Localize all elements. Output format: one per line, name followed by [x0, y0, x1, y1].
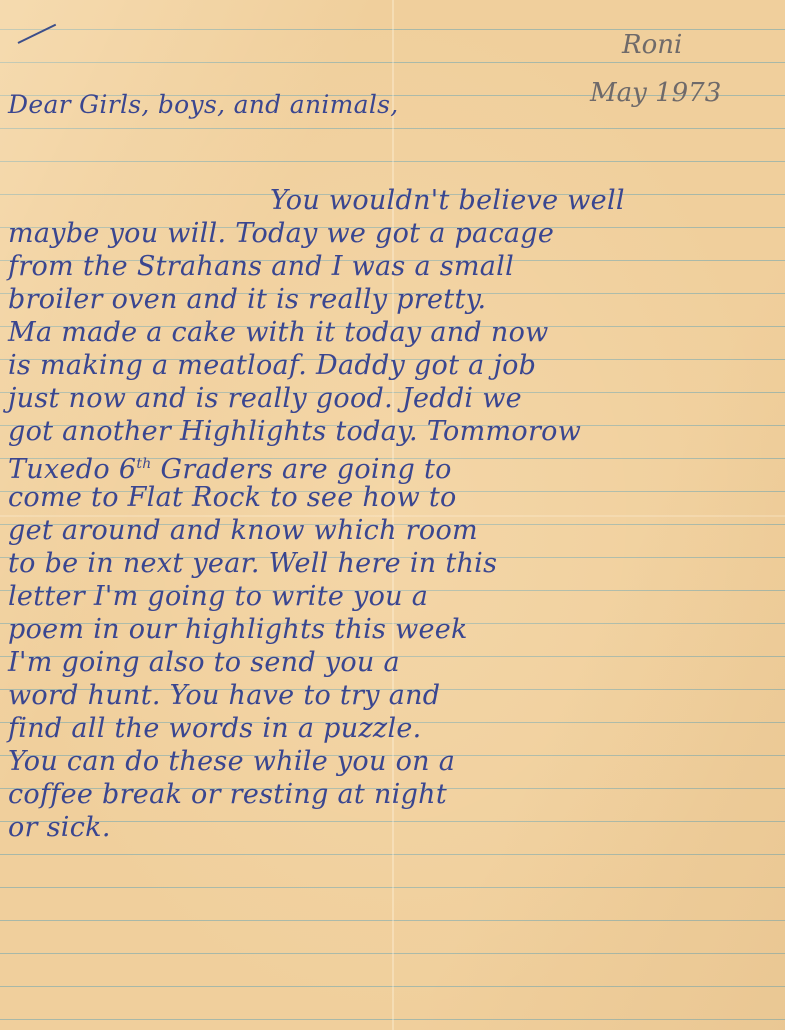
body-line: broiler oven and it is really pretty. — [0, 283, 785, 316]
body-line: come to Flat Rock to see how to — [0, 481, 785, 514]
author-note: Roni — [622, 30, 682, 60]
ordinal-suffix: th — [136, 456, 151, 472]
body-line: get around and know which room — [0, 514, 785, 547]
body-line: to be in next year. Well here in this — [0, 547, 785, 580]
body-line: maybe you will. Today we got a pacage — [0, 217, 785, 250]
body-line: Ma made a cake with it today and now — [0, 316, 785, 349]
body-line: from the Strahans and I was a small — [0, 250, 785, 283]
salutation: Dear Girls, boys, and animals, — [8, 88, 785, 121]
body-line: find all the words in a puzzle. — [0, 712, 785, 745]
body-line: Tuxedo 6th Graders are going to — [0, 448, 785, 481]
body-line: just now and is really good. Jeddi we — [0, 382, 785, 415]
body-line: You wouldn't believe well — [0, 184, 785, 217]
pen-stroke-mark — [18, 24, 57, 44]
body-line: word hunt. You have to try and — [0, 679, 785, 712]
body-line: or sick. — [0, 811, 785, 844]
body-line: I'm going also to send you a — [0, 646, 785, 679]
letter-page: Roni May 1973 Dear Girls, boys, and anim… — [0, 0, 785, 1030]
body-line: got another Highlights today. Tommorow — [0, 415, 785, 448]
body-line: letter I'm going to write you a — [0, 580, 785, 613]
body-line: is making a meatloaf. Daddy got a job — [0, 349, 785, 382]
body-line: You can do these while you on a — [0, 745, 785, 778]
letter-body: You wouldn't believe well maybe you will… — [0, 184, 785, 844]
body-line: poem in our highlights this week — [0, 613, 785, 646]
body-line: coffee break or resting at night — [0, 778, 785, 811]
